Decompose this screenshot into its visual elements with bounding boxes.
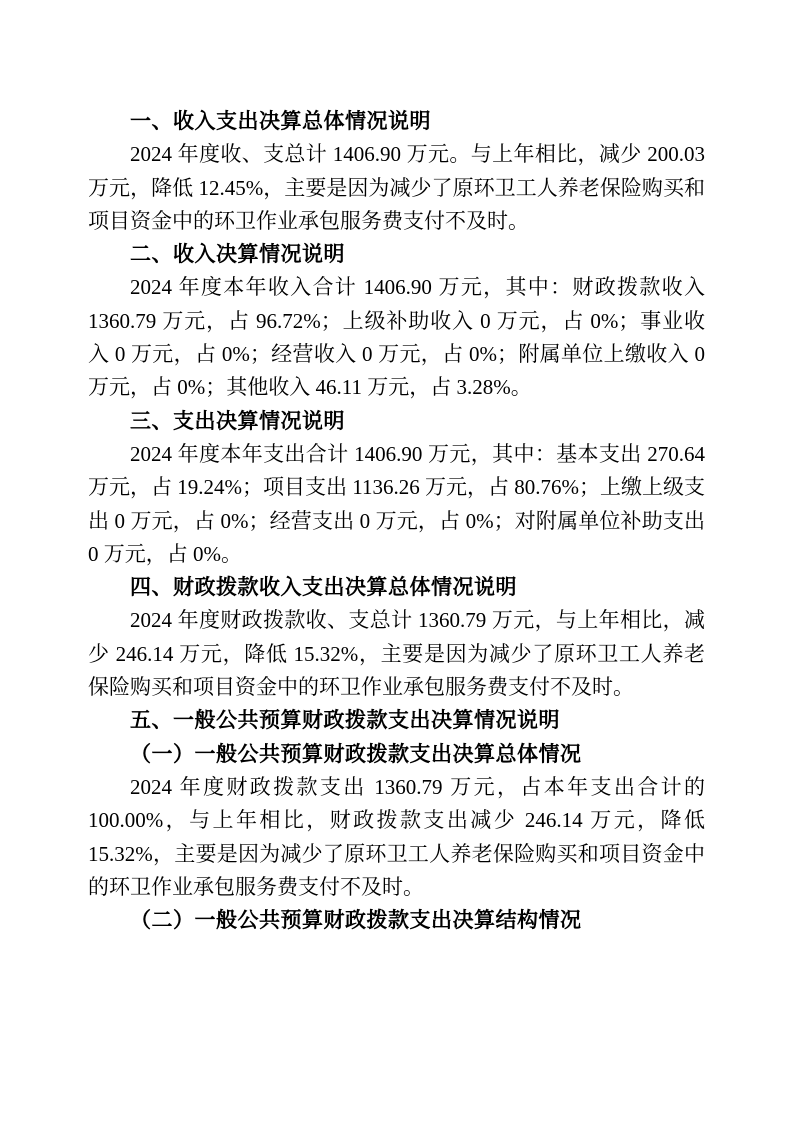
section-5-heading: 五、一般公共预算财政拨款支出决算情况说明 <box>88 704 705 737</box>
section-5-subheading-2: （二）一般公共预算财政拨款支出决算结构情况 <box>88 904 705 937</box>
section-2-heading: 二、收入决算情况说明 <box>88 238 705 271</box>
section-3-heading: 三、支出决算情况说明 <box>88 405 705 438</box>
section-4-heading: 四、财政拨款收入支出决算总体情况说明 <box>88 571 705 604</box>
section-general-public-budget-expenditure: 五、一般公共预算财政拨款支出决算情况说明 （一）一般公共预算财政拨款支出决算总体… <box>88 704 705 937</box>
section-1-paragraph: 2024 年度收、支总计 1406.90 万元。与上年相比，减少 200.03 … <box>88 138 705 238</box>
section-income-details: 二、收入决算情况说明 2024 年度本年收入合计 1406.90 万元，其中：财… <box>88 238 705 404</box>
section-4-paragraph: 2024 年度财政拨款收、支总计 1360.79 万元，与上年相比，减少 246… <box>88 604 705 704</box>
section-income-expenditure-overview: 一、收入支出决算总体情况说明 2024 年度收、支总计 1406.90 万元。与… <box>88 105 705 238</box>
section-2-paragraph: 2024 年度本年收入合计 1406.90 万元，其中：财政拨款收入 1360.… <box>88 271 705 404</box>
section-fiscal-appropriation-overview: 四、财政拨款收入支出决算总体情况说明 2024 年度财政拨款收、支总计 1360… <box>88 571 705 704</box>
report-page: 一、收入支出决算总体情况说明 2024 年度收、支总计 1406.90 万元。与… <box>0 0 793 1122</box>
section-5-subheading-1: （一）一般公共预算财政拨款支出决算总体情况 <box>88 738 705 771</box>
section-1-heading: 一、收入支出决算总体情况说明 <box>88 105 705 138</box>
section-3-paragraph: 2024 年度本年支出合计 1406.90 万元，其中：基本支出 270.64 … <box>88 438 705 571</box>
section-expenditure-details: 三、支出决算情况说明 2024 年度本年支出合计 1406.90 万元，其中：基… <box>88 405 705 571</box>
section-5-subsection-1-paragraph: 2024 年度财政拨款支出 1360.79 万元，占本年支出合计的 100.00… <box>88 771 705 904</box>
